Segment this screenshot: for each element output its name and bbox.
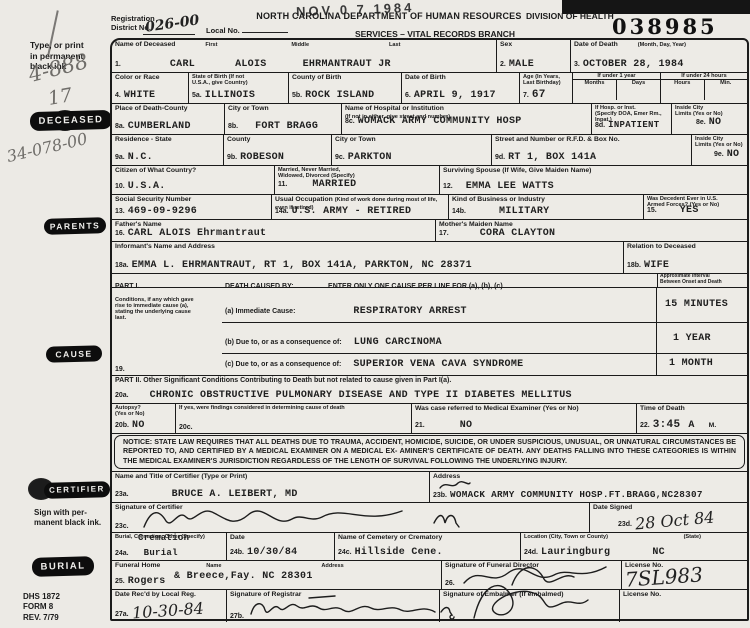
- field-armed-forces: Was Decedent Ever in U.S. Armed Forces? …: [644, 195, 747, 219]
- field-funeral-director-license: License No. 7SL983: [622, 561, 747, 589]
- tab-deceased: DECEASED: [30, 110, 112, 131]
- certifier-signature-scrawl: [134, 503, 554, 533]
- sign-instruction: Sign with per- manent black ink.: [34, 508, 104, 528]
- under-1-year-days: Days: [617, 80, 660, 100]
- field-relation-to-deceased: Relation to Deceased 18b. WIFE: [624, 242, 747, 273]
- field-residence-inside-city-limits: Inside City Limits (Yes or No) 9e. NO: [692, 135, 747, 165]
- field-disposition: Burial, Cremation, Other (Specify) Crema…: [112, 533, 227, 560]
- field-father-name: Father's Name 16. CARL ALOIS Ehrmantraut: [112, 220, 436, 241]
- tab-cause: CAUSE: [46, 345, 102, 362]
- field-ssn: Social Security Number 13. 469-09-9296: [112, 195, 272, 219]
- field-part2-conditions: PART II. Other Significant Conditions Co…: [112, 376, 747, 403]
- field-embalmer-license: License No.: [620, 590, 747, 622]
- embalmer-signature-scrawl: [460, 574, 600, 622]
- field-time-of-death: Time of Death 22. 3:45 A M.: [637, 404, 747, 433]
- tab-burial: BURIAL: [32, 556, 94, 577]
- field-death-inside-city-limits: Inside City Limits (Yes or No) 8e. NO: [672, 104, 747, 134]
- field-hospital-name: Name of Hospital or Institution (If not …: [342, 104, 592, 134]
- field-county-of-birth: County of Birth 5b. ROCK ISLAND: [289, 73, 402, 103]
- field-date-received: Date Rec'd by Local Reg. 27a. 10-30-84: [112, 590, 227, 622]
- field-mother-maiden-name: Mother's Maiden Name 17. CORA CLAYTON: [436, 220, 747, 241]
- field-certifier-name: Name and Title of Certifier (Type or Pri…: [112, 472, 430, 502]
- cause-conditions-note: Conditions, if any which gave rise to im…: [112, 288, 222, 375]
- tab-parents: PARENTS: [44, 217, 106, 235]
- field-surviving-spouse: Surviving Spouse (If Wife, Give Maiden N…: [440, 166, 747, 194]
- registration-district: Registration District No. 026-00: [111, 14, 155, 33]
- field-medical-examiner-referred: Was case referred to Medical Examiner (Y…: [412, 404, 637, 433]
- tab-certifier: CERTIFIER: [44, 481, 110, 499]
- registrar-signature-scrawl: [245, 594, 465, 624]
- field-date-of-death: Date of Death (Month, Day, Year) 3. OCTO…: [571, 40, 747, 72]
- field-business-industry: Kind of Business or Industry 14b. MILITA…: [449, 195, 644, 219]
- interval-b: 1 YEAR: [657, 323, 747, 354]
- field-color-or-race: Color or Race 4. WHITE: [112, 73, 189, 103]
- field-marital-status: Married, Never Married, Widowed, Divorce…: [275, 166, 440, 194]
- field-state-of-birth: State of Birth (If not U.S.A., give Coun…: [189, 73, 289, 103]
- field-autopsy-findings: If yes, were findings considered in dete…: [176, 404, 412, 433]
- under-24-min: Min.: [705, 80, 748, 100]
- field-registrar-signature: Signature of Registrar 27b.: [227, 590, 440, 622]
- field-cause-a: (a) Immediate Cause: RESPIRATORY ARREST: [222, 288, 656, 323]
- interval-c: 1 MONTH: [657, 354, 747, 375]
- field-embalmer-signature: Signature of Embalmer (If embalmed): [440, 590, 620, 622]
- field-hospital-status: If Hosp. or Inst. (Specify DOA, Emer Rm.…: [592, 104, 672, 134]
- field-name-of-deceased: Name of Deceased First Middle Last 1. CA…: [112, 40, 497, 72]
- field-date-of-birth: Date of Birth 6. APRIL 9, 1917: [402, 73, 520, 103]
- field-age: Age (In Years, Last Birthday) 7. 67: [520, 73, 573, 103]
- field-informant: Informant's Name and Address 18a. EMMA L…: [112, 242, 624, 273]
- certificate-number: 038985: [612, 14, 718, 39]
- field-funeral-home: Funeral Home Name Address & Breece,Fay. …: [112, 561, 442, 589]
- field-autopsy: Autopsy? (Yes or No) 20b. NO: [112, 404, 176, 433]
- pencil-note-mid: 17: [46, 84, 74, 110]
- field-under-1-year: If under 1 year Months Days: [573, 73, 661, 103]
- agency-line1: NORTH CAROLINA DEPARTMENT OF HUMAN RESOU…: [256, 11, 521, 21]
- under-24-hours: Hours: [661, 80, 705, 100]
- field-disposition-date: Date 24b. 10/30/84: [227, 533, 335, 560]
- field-residence-state: Residence - State 9a. N.C.: [112, 135, 224, 165]
- field-citizenship: Citizen of What Country? 10. U.S.A.: [112, 166, 275, 194]
- field-disposition-location: Location (City, Town or County) (State) …: [521, 533, 747, 560]
- death-certificate-document: NOV 0 7 1984 NORTH CAROLINA DEPARTMENT O…: [0, 0, 750, 628]
- field-certifier-signature: Signature of Certifier 23c.: [112, 503, 590, 532]
- field-place-of-death-county: Place of Death-County 8a. CUMBERLAND: [112, 104, 225, 134]
- field-cemetery-name: Name of Cemetery or Crematory 24c. Hills…: [335, 533, 521, 560]
- field-date-signed: Date Signed 23d. 28 Oct 84: [590, 503, 747, 532]
- interval-header: Approximate Interval Between Onset and D…: [660, 274, 745, 285]
- field-place-of-death-city: City or Town 8b. FORT BRAGG: [225, 104, 342, 134]
- field-usual-occupation: Usual Occupation (Kind of work done duri…: [272, 195, 449, 219]
- field-certifier-address: Address 23b. WOMACK ARMY COMMUNITY HOSP.…: [430, 472, 747, 502]
- field-residence-street: Street and Number or R.F.D. & Box No. 9d…: [492, 135, 692, 165]
- field-residence-county: County 9b. ROBESON: [224, 135, 332, 165]
- field-under-24-hours: If under 24 hours Hours Min.: [661, 73, 747, 103]
- field-residence-city: City or Town 9c. PARKTON: [332, 135, 492, 165]
- medical-examiner-notice: NOTICE: STATE LAW REQUIRES THAT ALL DEAT…: [114, 435, 745, 469]
- form-id: DHS 1872 FORM 8 REV. 7/79: [23, 592, 60, 623]
- field-sex: Sex 2. MALE: [497, 40, 571, 72]
- part1-header: PART I. DEATH CAUSED BY: ENTER ONLY ONE …: [112, 274, 747, 288]
- pencil-note-low: 34-078-00: [5, 129, 89, 166]
- under-1-year-months: Months: [573, 80, 617, 100]
- certificate-form: Name of Deceased First Middle Last 1. CA…: [110, 38, 749, 621]
- local-number-label: Local No.: [206, 24, 288, 35]
- field-cause-b: (b) Due to, or as a consequence of: LUNG…: [222, 323, 656, 354]
- interval-a: 15 MINUTES: [657, 288, 747, 323]
- field-cause-c: (c) Due to, or as a consequence of: SUPE…: [222, 354, 656, 375]
